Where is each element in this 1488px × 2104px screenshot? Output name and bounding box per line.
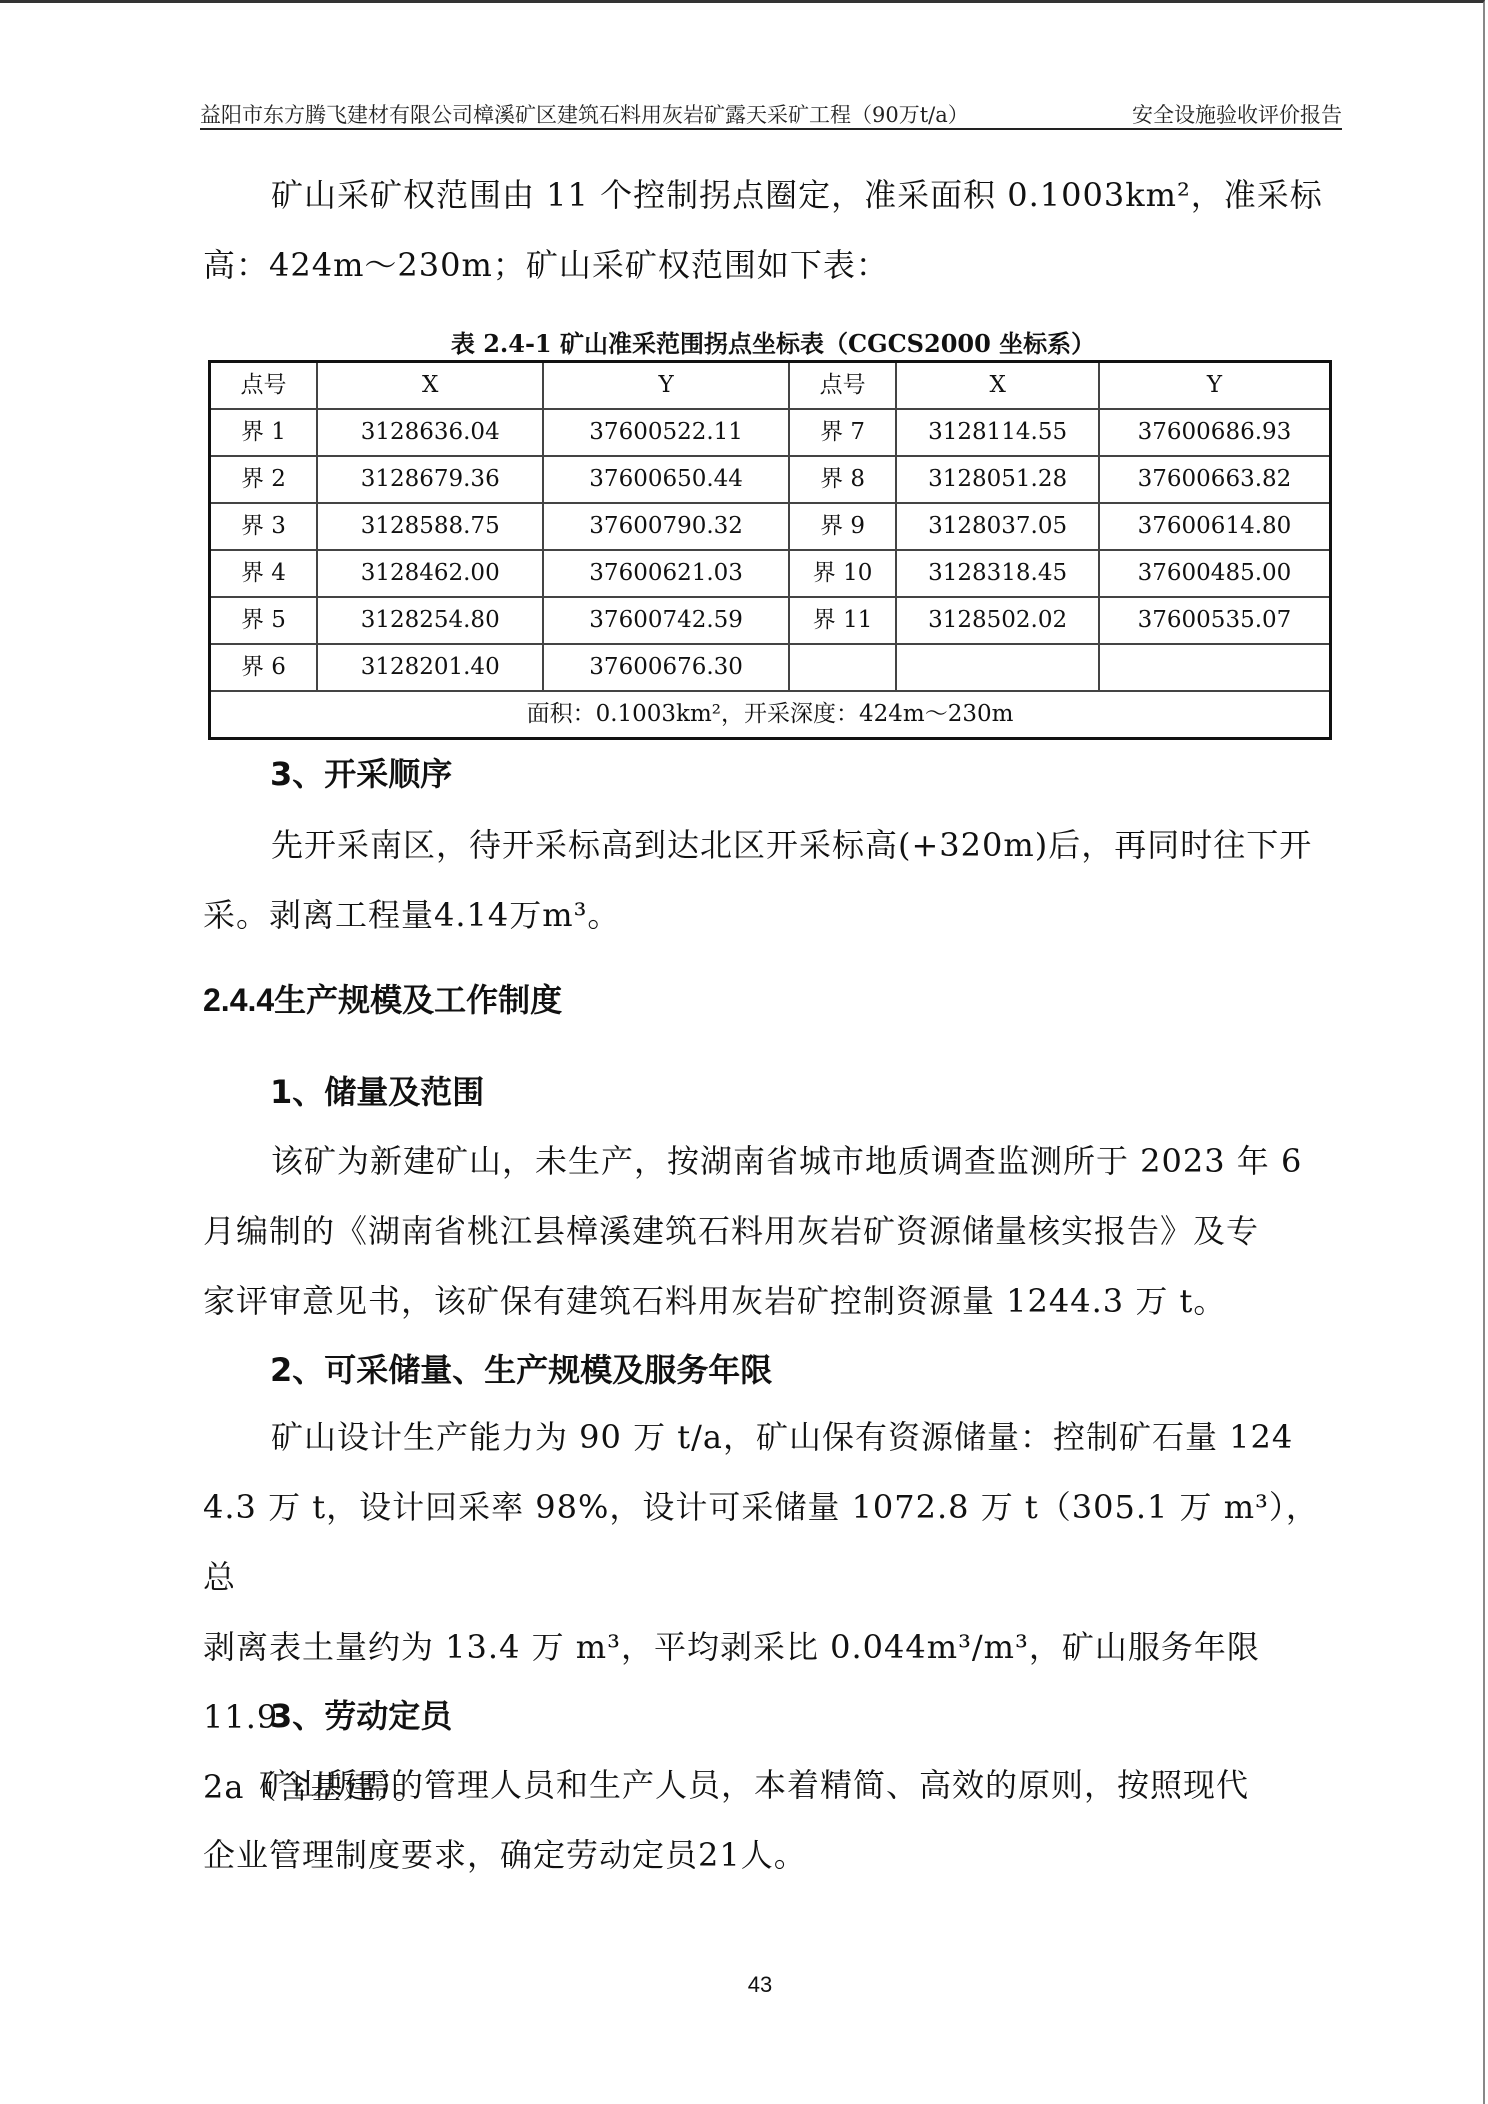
table-cell: 界 9	[789, 503, 897, 550]
table-cell	[1099, 644, 1331, 691]
header-cell: Y	[543, 362, 788, 410]
table-cell: 3128201.40	[317, 644, 543, 691]
table-footer-cell: 面积：0.1003km²，开采深度：424m～230m	[210, 691, 1331, 739]
table-cell: 3128114.55	[896, 409, 1099, 456]
table-cell: 37600535.07	[1099, 597, 1331, 644]
table-cell: 3128254.80	[317, 597, 543, 644]
mining-order-heading: 3、开采顺序	[270, 752, 452, 796]
table-row: 界 6 3128201.40 37600676.30	[210, 644, 1331, 691]
table-cell: 界 5	[210, 597, 317, 644]
intro-paragraph: 矿山采矿权范围由 11 个控制拐点圈定，准采面积 0.1003km²，准采标 高…	[203, 160, 1343, 300]
table-row: 界 4 3128462.00 37600621.03 界 10 3128318.…	[210, 550, 1331, 597]
table-row: 界 1 3128636.04 37600522.11 界 7 3128114.5…	[210, 409, 1331, 456]
table-cell: 界 8	[789, 456, 897, 503]
header-cell: 点号	[789, 362, 897, 410]
table-footer-row: 面积：0.1003km²，开采深度：424m～230m	[210, 691, 1331, 739]
table-cell: 3128636.04	[317, 409, 543, 456]
header-report-title: 安全设施验收评价报告	[1132, 102, 1342, 128]
intro-line-2: 高：424m～230m；矿山采矿权范围如下表：	[203, 230, 1343, 300]
reserves-paragraph: 该矿为新建矿山，未生产，按湖南省城市地质调查监测所于 2023 年 6 月编制的…	[203, 1126, 1343, 1336]
staffing-paragraph: 矿山所需的管理人员和生产人员，本着精简、高效的原则，按照现代 企业管理制度要求，…	[203, 1750, 1343, 1890]
table-cell: 界 7	[789, 409, 897, 456]
header-project-title: 益阳市东方腾飞建材有限公司樟溪矿区建筑石料用灰岩矿露天采矿工程（90万t/a）	[200, 102, 969, 128]
table-cell: 3128502.02	[896, 597, 1099, 644]
coordinate-table: 点号 X Y 点号 X Y 界 1 3128636.04 37600522.11…	[208, 360, 1332, 740]
table-cell: 界 3	[210, 503, 317, 550]
table-cell: 3128679.36	[317, 456, 543, 503]
table-cell: 37600621.03	[543, 550, 788, 597]
table-cell: 37600522.11	[543, 409, 788, 456]
table-cell: 界 2	[210, 456, 317, 503]
table-row: 界 2 3128679.36 37600650.44 界 8 3128051.2…	[210, 456, 1331, 503]
table-cell: 37600742.59	[543, 597, 788, 644]
production-line-1: 矿山设计生产能力为 90 万 t/a，矿山保有资源储量：控制矿石量 124	[203, 1402, 1343, 1472]
table-row: 界 5 3128254.80 37600742.59 界 11 3128502.…	[210, 597, 1331, 644]
production-heading: 2、可采储量、生产规模及服务年限	[270, 1348, 772, 1392]
mining-order-paragraph: 先开采南区，待开采标高到达北区开采标高(+320m)后，再同时往下开 采。剥离工…	[203, 810, 1343, 950]
table-cell: 界 6	[210, 644, 317, 691]
header-cell: Y	[1099, 362, 1331, 410]
table-cell: 3128462.00	[317, 550, 543, 597]
staffing-line-2: 企业管理制度要求，确定劳动定员21人。	[203, 1820, 1343, 1890]
reserves-line-2: 月编制的《湖南省桃江县樟溪建筑石料用灰岩矿资源储量核实报告》及专	[203, 1196, 1343, 1266]
section-heading: 2.4.4生产规模及工作制度	[203, 978, 562, 1022]
table-cell: 3128037.05	[896, 503, 1099, 550]
mining-order-line-2: 采。剥离工程量4.14万m³。	[203, 880, 1343, 950]
table-cell: 界 10	[789, 550, 897, 597]
table-cell: 37600676.30	[543, 644, 788, 691]
reserves-heading: 1、储量及范围	[270, 1070, 484, 1114]
staffing-line-1: 矿山所需的管理人员和生产人员，本着精简、高效的原则，按照现代	[203, 1750, 1343, 1820]
table-cell: 37600485.00	[1099, 550, 1331, 597]
reserves-line-1: 该矿为新建矿山，未生产，按湖南省城市地质调查监测所于 2023 年 6	[203, 1126, 1343, 1196]
table-cell: 37600650.44	[543, 456, 788, 503]
table-cell: 界 1	[210, 409, 317, 456]
header-cell: X	[896, 362, 1099, 410]
intro-line-1: 矿山采矿权范围由 11 个控制拐点圈定，准采面积 0.1003km²，准采标	[203, 160, 1343, 230]
table-cell: 3128051.28	[896, 456, 1099, 503]
table-cell: 37600614.80	[1099, 503, 1331, 550]
table-header-row: 点号 X Y 点号 X Y	[210, 362, 1331, 410]
table-cell: 3128318.45	[896, 550, 1099, 597]
page-number: 43	[720, 1972, 800, 1998]
table-cell: 37600663.82	[1099, 456, 1331, 503]
header-cell: X	[317, 362, 543, 410]
table-caption: 表 2.4-1 矿山准采范围拐点坐标表（CGCS2000 坐标系）	[203, 324, 1343, 364]
reserves-line-3: 家评审意见书，该矿保有建筑石料用灰岩矿控制资源量 1244.3 万 t。	[203, 1266, 1343, 1336]
mining-order-line-1: 先开采南区，待开采标高到达北区开采标高(+320m)后，再同时往下开	[203, 810, 1343, 880]
table-cell	[896, 644, 1099, 691]
table-cell: 界 4	[210, 550, 317, 597]
page-header: 益阳市东方腾飞建材有限公司樟溪矿区建筑石料用灰岩矿露天采矿工程（90万t/a） …	[200, 98, 1342, 130]
table-row: 界 3 3128588.75 37600790.32 界 9 3128037.0…	[210, 503, 1331, 550]
table-cell: 37600686.93	[1099, 409, 1331, 456]
header-cell: 点号	[210, 362, 317, 410]
production-line-2: 4.3 万 t，设计回采率 98%，设计可采储量 1072.8 万 t（305.…	[203, 1472, 1343, 1612]
table-cell: 界 11	[789, 597, 897, 644]
table-cell	[789, 644, 897, 691]
table-cell: 37600790.32	[543, 503, 788, 550]
staffing-heading: 3、劳动定员	[270, 1694, 452, 1738]
table-cell: 3128588.75	[317, 503, 543, 550]
